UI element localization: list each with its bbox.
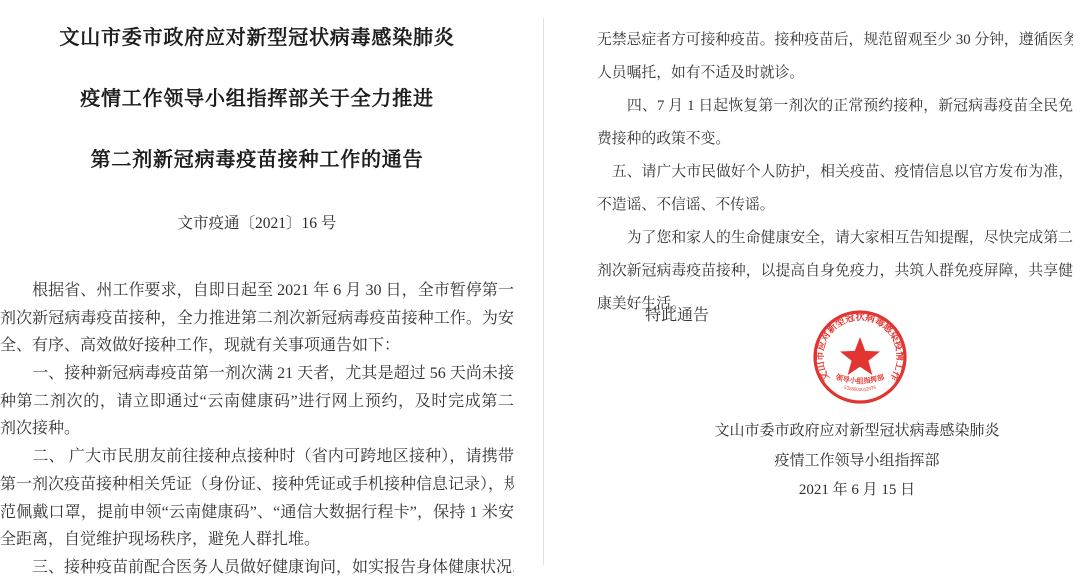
body-line: 剂次接种。 [0, 415, 514, 443]
body-line: 二、 广大市民朋友前往接种点接种时（省内可跨地区接种），请携带 [0, 443, 514, 471]
body-line: 为了您和家人的生命健康安全，请大家相互告知提醒，尽快完成第二 [597, 222, 1073, 255]
svg-text:5328002012076: 5328002012076 [843, 384, 877, 392]
signature-block: 文山市委市政府应对新型冠状病毒感染肺炎疫情工作领导小组指挥部2021 年 6 月… [617, 417, 1080, 506]
body-line: 根据省、州工作要求，自即日起至 2021 年 6 月 30 日，全市暂停第一 [0, 277, 514, 305]
body-line: 人员嘱托，如有不适及时就诊。 [597, 57, 1073, 90]
closing-phrase: 特此通告 [645, 306, 709, 326]
signature-line: 疫情工作领导小组指挥部 [617, 447, 1080, 477]
body-line: 全距离，自觉维护现场秩序，避免人群扎堆。 [0, 526, 514, 554]
seal-inner-text: 领导小组指挥部 [834, 372, 886, 385]
body-line: 无禁忌症者方可接种疫苗。接种疫苗后，规范留观至少 30 分钟，遵循医务 [597, 24, 1073, 57]
seal-serial-number: 5328002012076 [843, 384, 877, 392]
body-line: 一、接种新冠病毒疫苗第一剂次满 21 天者，尤其是超过 56 天尚未接 [0, 360, 514, 388]
body-line: 三、接种疫苗前配合医务人员做好健康询问，如实报告身体健康状况， [0, 554, 514, 580]
body-line: 剂次新冠病毒疫苗接种，以提高自身免疫力，共筑人群免疫屏障，共享健 [597, 255, 1073, 288]
signature-line: 2021 年 6 月 15 日 [617, 476, 1080, 506]
notice-title-line: 第二剂新冠病毒疫苗接种工作的通告 [0, 130, 514, 191]
notice-title-line: 文山市委市政府应对新型冠状病毒感染肺炎 [0, 8, 514, 69]
notice-title: 文山市委市政府应对新型冠状病毒感染肺炎疫情工作领导小组指挥部关于全力推进第二剂新… [0, 8, 514, 191]
body-line: 费接种的政策不变。 [597, 123, 1073, 156]
body-line: 不造谣、不信谣、不传谣。 [597, 189, 1073, 222]
notice-title-line: 疫情工作领导小组指挥部关于全力推进 [0, 69, 514, 130]
svg-text:领导小组指挥部: 领导小组指挥部 [834, 372, 886, 385]
left-page-body: 根据省、州工作要求，自即日起至 2021 年 6 月 30 日，全市暂停第一剂次… [0, 277, 514, 580]
official-seal-stamp: 文山市应对新型冠状病毒感染疫情工作 领导小组指挥部 5328002012076 [810, 307, 910, 407]
body-line: 四、7 月 1 日起恢复第一剂次的正常预约接种，新冠病毒疫苗全民免 [597, 90, 1073, 123]
body-line: 全、有序、高效做好接种工作，现就有关事项通告如下： [0, 332, 514, 360]
signature-line: 文山市委市政府应对新型冠状病毒感染肺炎 [617, 417, 1080, 447]
body-line: 种第二剂次的，请立即通过“云南健康码”进行网上预约，及时完成第二 [0, 388, 514, 416]
body-line: 第一剂次疫苗接种相关凭证（身份证、接种凭证或手机接种信息记录），规 [0, 471, 514, 499]
document-number: 文市疫通〔2021〕16 号 [0, 216, 514, 232]
body-line: 剂次新冠病毒疫苗接种，全力推进第二剂次新冠病毒疫苗接种工作。为安 [0, 305, 514, 333]
page-divider [543, 18, 544, 565]
seal-star-icon [840, 337, 880, 375]
document-viewer: 文山市委市政府应对新型冠状病毒感染肺炎疫情工作领导小组指挥部关于全力推进第二剂新… [0, 0, 1080, 580]
body-line: 五、请广大市民做好个人防护，相关疫苗、疫情信息以官方发布为准， [597, 156, 1073, 189]
right-page-body: 无禁忌症者方可接种疫苗。接种疫苗后，规范留观至少 30 分钟，遵循医务人员嘱托，… [597, 24, 1073, 321]
body-line: 范佩戴口罩，提前申领“云南健康码”、“通信大数据行程卡”，保持 1 米安 [0, 499, 514, 527]
